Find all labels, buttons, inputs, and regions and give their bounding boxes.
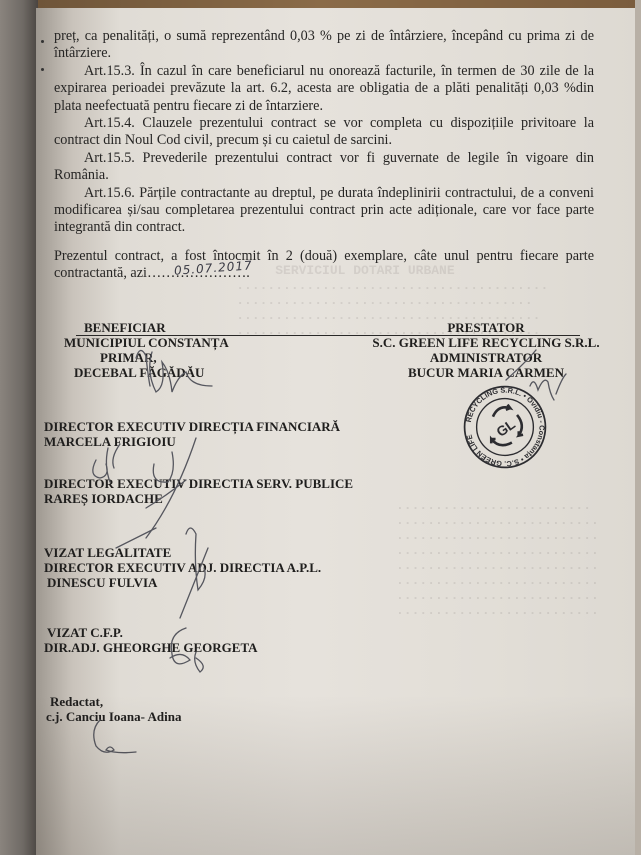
redactat-name: c.j. Canciu Ioana- Adina <box>46 709 181 724</box>
closing-text: Prezentul contract, a fost întocmit în 2… <box>54 248 594 281</box>
contract-page: SERVICIUL DOTARI URBANE ................… <box>36 8 636 855</box>
binder-edge <box>0 0 38 855</box>
clause-15-6: Art.15.6. Părțile contractante au dreptu… <box>54 185 594 237</box>
legalitate-block: VIZAT LEGALITATE DIRECTOR EXECUTIV ADJ. … <box>44 545 321 590</box>
financiar-name: MARCELA FRIGIOIU <box>44 434 340 449</box>
financiar-block: DIRECTOR EXECUTIV DIRECȚIA FINANCIARĂ MA… <box>44 419 340 449</box>
beneficiar-entity: MUNICIPIUL CONSTANȚA <box>64 335 229 350</box>
beneficiar-role: PRIMAR, <box>64 350 229 365</box>
speck <box>41 40 44 43</box>
speck <box>41 68 44 71</box>
clause-paragraph: preț, ca penalități, o sumă reprezentând… <box>54 28 594 63</box>
cfp-title: DIR.ADJ. GHEORGHE GEORGETA <box>44 640 258 655</box>
prestator-name: BUCUR MARIA CARMEN <box>366 365 606 380</box>
redactat-label: Redactat, <box>46 694 181 709</box>
serv-publice-block: DIRECTOR EXECUTIV DIRECTIA SERV. PUBLICE… <box>44 476 353 506</box>
page-right-edge <box>635 0 641 855</box>
serv-publice-title: DIRECTOR EXECUTIV DIRECTIA SERV. PUBLICE <box>44 476 353 491</box>
redactat-block: Redactat, c.j. Canciu Ioana- Adina <box>46 694 181 724</box>
stamp-logo-text: GL <box>494 417 518 440</box>
cfp-label: VIZAT C.F.P. <box>44 625 258 640</box>
beneficiar-heading: BENEFICIAR <box>64 320 229 335</box>
clause-15-4: Art.15.4. Clauzele prezentului contract … <box>54 115 594 150</box>
legalitate-title: DIRECTOR EXECUTIV ADJ. DIRECTIA A.P.L. <box>44 560 321 575</box>
closing-statement: Prezentul contract, a fost întocmit în 2… <box>54 248 594 283</box>
legalitate-name: DINESCU FULVIA <box>44 575 321 590</box>
company-stamp: RECYCLING S.R.L. • Ovidiu - Constanța • … <box>462 384 548 470</box>
beneficiar-name: DECEBAL FĂGĂDĂU <box>64 365 229 380</box>
bleed-through-text: ......................... ..............… <box>396 498 599 618</box>
prestator-block: PRESTATOR S.C. GREEN LIFE RECYCLING S.R.… <box>366 320 606 380</box>
cfp-block: VIZAT C.F.P. DIR.ADJ. GHEORGHE GEORGETA <box>44 625 258 655</box>
beneficiar-block: BENEFICIAR MUNICIPIUL CONSTANȚA PRIMAR, … <box>64 320 229 380</box>
prestator-role: ADMINISTRATOR <box>366 350 606 365</box>
contract-clauses: preț, ca penalități, o sumă reprezentând… <box>54 28 594 237</box>
clause-15-3: Art.15.3. În cazul în care beneficiarul … <box>54 63 594 115</box>
clause-15-5: Art.15.5. Prevederile prezentului contra… <box>54 150 594 185</box>
prestator-heading: PRESTATOR <box>366 320 606 335</box>
serv-publice-name: RAREȘ IORDACHE <box>44 491 353 506</box>
prestator-entity: S.C. GREEN LIFE RECYCLING S.R.L. <box>366 335 606 350</box>
financiar-title: DIRECTOR EXECUTIV DIRECȚIA FINANCIARĂ <box>44 419 340 434</box>
legalitate-label: VIZAT LEGALITATE <box>44 545 321 560</box>
